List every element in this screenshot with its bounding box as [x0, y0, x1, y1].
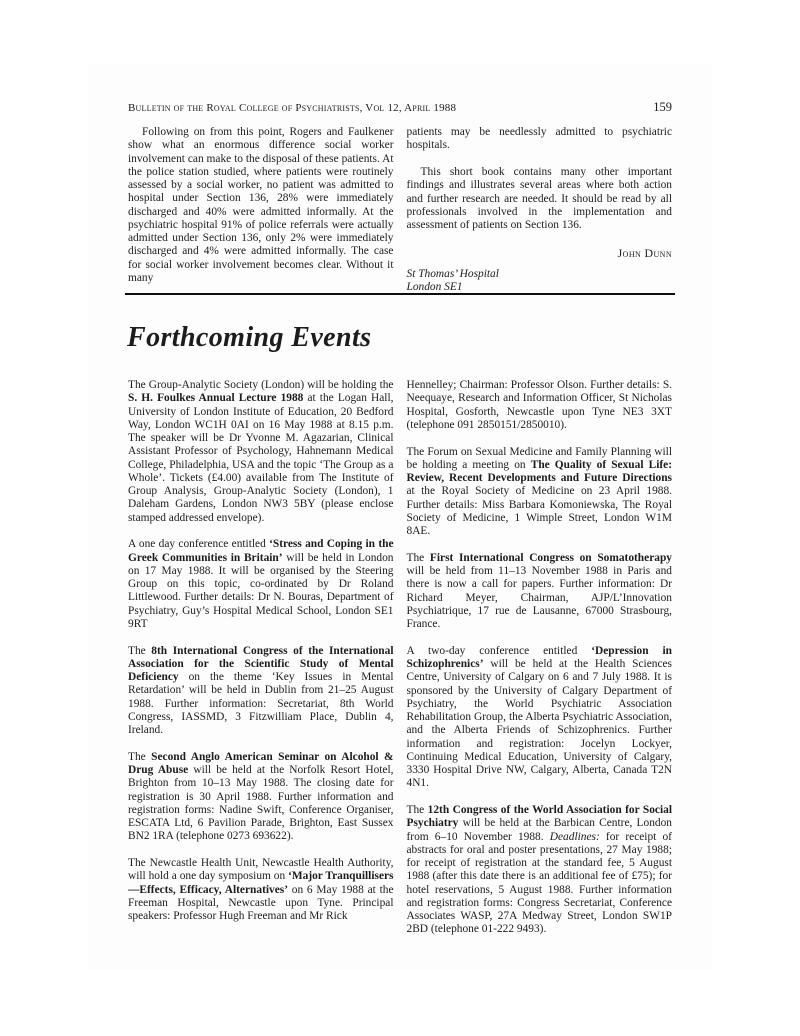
page-header: Bulletin of the Royal College of Psychia…	[128, 100, 672, 115]
book-review-continuation: Following on from this point, Rogers and…	[128, 126, 672, 294]
text-run: for receipt of abstracts for oral and po…	[407, 831, 673, 936]
event-paragraph: A one day conference entitled ‘Stress an…	[128, 538, 394, 631]
event-paragraph: The Second Anglo American Seminar on Alc…	[128, 751, 394, 844]
event-paragraph: The First International Congress on Soma…	[407, 552, 673, 632]
event-paragraph: The Group-Analytic Society (London) will…	[128, 379, 394, 525]
event-paragraph: A two-day conference entitled ‘Depressio…	[407, 645, 673, 791]
text-run: The	[407, 804, 428, 816]
events-column-right: Hennelley; Chairman: Professor Olson. Fu…	[407, 379, 673, 937]
deadlines-italic: Deadlines:	[550, 831, 600, 843]
scanned-page: Bulletin of the Royal College of Psychia…	[88, 64, 712, 970]
event-paragraph: The Newcastle Health Unit, Newcastle Hea…	[128, 857, 394, 923]
affiliation-line: St Thomas’ Hospital	[407, 268, 673, 281]
text-run: Following on from this point, Rogers and…	[128, 126, 394, 284]
review-column-right: patients may be needlessly admitted to p…	[407, 126, 673, 294]
events-column-left: The Group-Analytic Society (London) will…	[128, 379, 394, 937]
text-run: will be held at the Health Sciences Cent…	[407, 658, 673, 789]
text-run: The	[407, 552, 430, 564]
review-paragraph: This short book contains many other impo…	[407, 166, 673, 232]
review-column-left: Following on from this point, Rogers and…	[128, 126, 394, 294]
review-paragraph: patients may be needlessly admitted to p…	[407, 126, 673, 153]
event-paragraph: Hennelley; Chairman: Professor Olson. Fu…	[407, 379, 673, 432]
reviewer-affiliation: St Thomas’ Hospital London SE1	[407, 268, 673, 295]
text-run: A one day conference entitled	[128, 538, 269, 550]
text-run: Hennelley; Chairman: Professor Olson. Fu…	[407, 379, 673, 431]
reviewer-signature: John Dunn	[407, 246, 673, 261]
text-run: A two-day conference entitled	[407, 645, 592, 657]
text-run: will be held from 11–13 November 1988 in…	[407, 565, 673, 630]
text-run: patients may be needlessly admitted to p…	[407, 126, 673, 151]
text-run: The	[128, 645, 151, 657]
review-paragraph: Following on from this point, Rogers and…	[128, 126, 394, 285]
text-run: This short book contains many other impo…	[407, 166, 673, 231]
text-run: at the Logan Hall, University of London …	[128, 392, 394, 523]
page-number: 159	[653, 100, 672, 115]
event-paragraph: The 8th International Congress of the In…	[128, 645, 394, 738]
event-title-bold: First International Congress on Somatoth…	[430, 552, 672, 564]
text-run: The	[128, 751, 151, 763]
forthcoming-events-section: The Group-Analytic Society (London) will…	[128, 379, 672, 937]
text-run: at the Royal Society of Medicine on 23 A…	[407, 485, 673, 537]
section-title: Forthcoming Events	[127, 322, 371, 354]
journal-title: Bulletin of the Royal College of Psychia…	[128, 102, 456, 114]
event-paragraph: The 12th Congress of the World Associati…	[407, 804, 673, 937]
event-paragraph: The Forum on Sexual Medicine and Family …	[407, 446, 673, 539]
section-divider	[125, 293, 675, 295]
event-title-bold: S. H. Foulkes Annual Lecture 1988	[128, 392, 303, 404]
text-run: The Group-Analytic Society (London) will…	[128, 379, 394, 391]
